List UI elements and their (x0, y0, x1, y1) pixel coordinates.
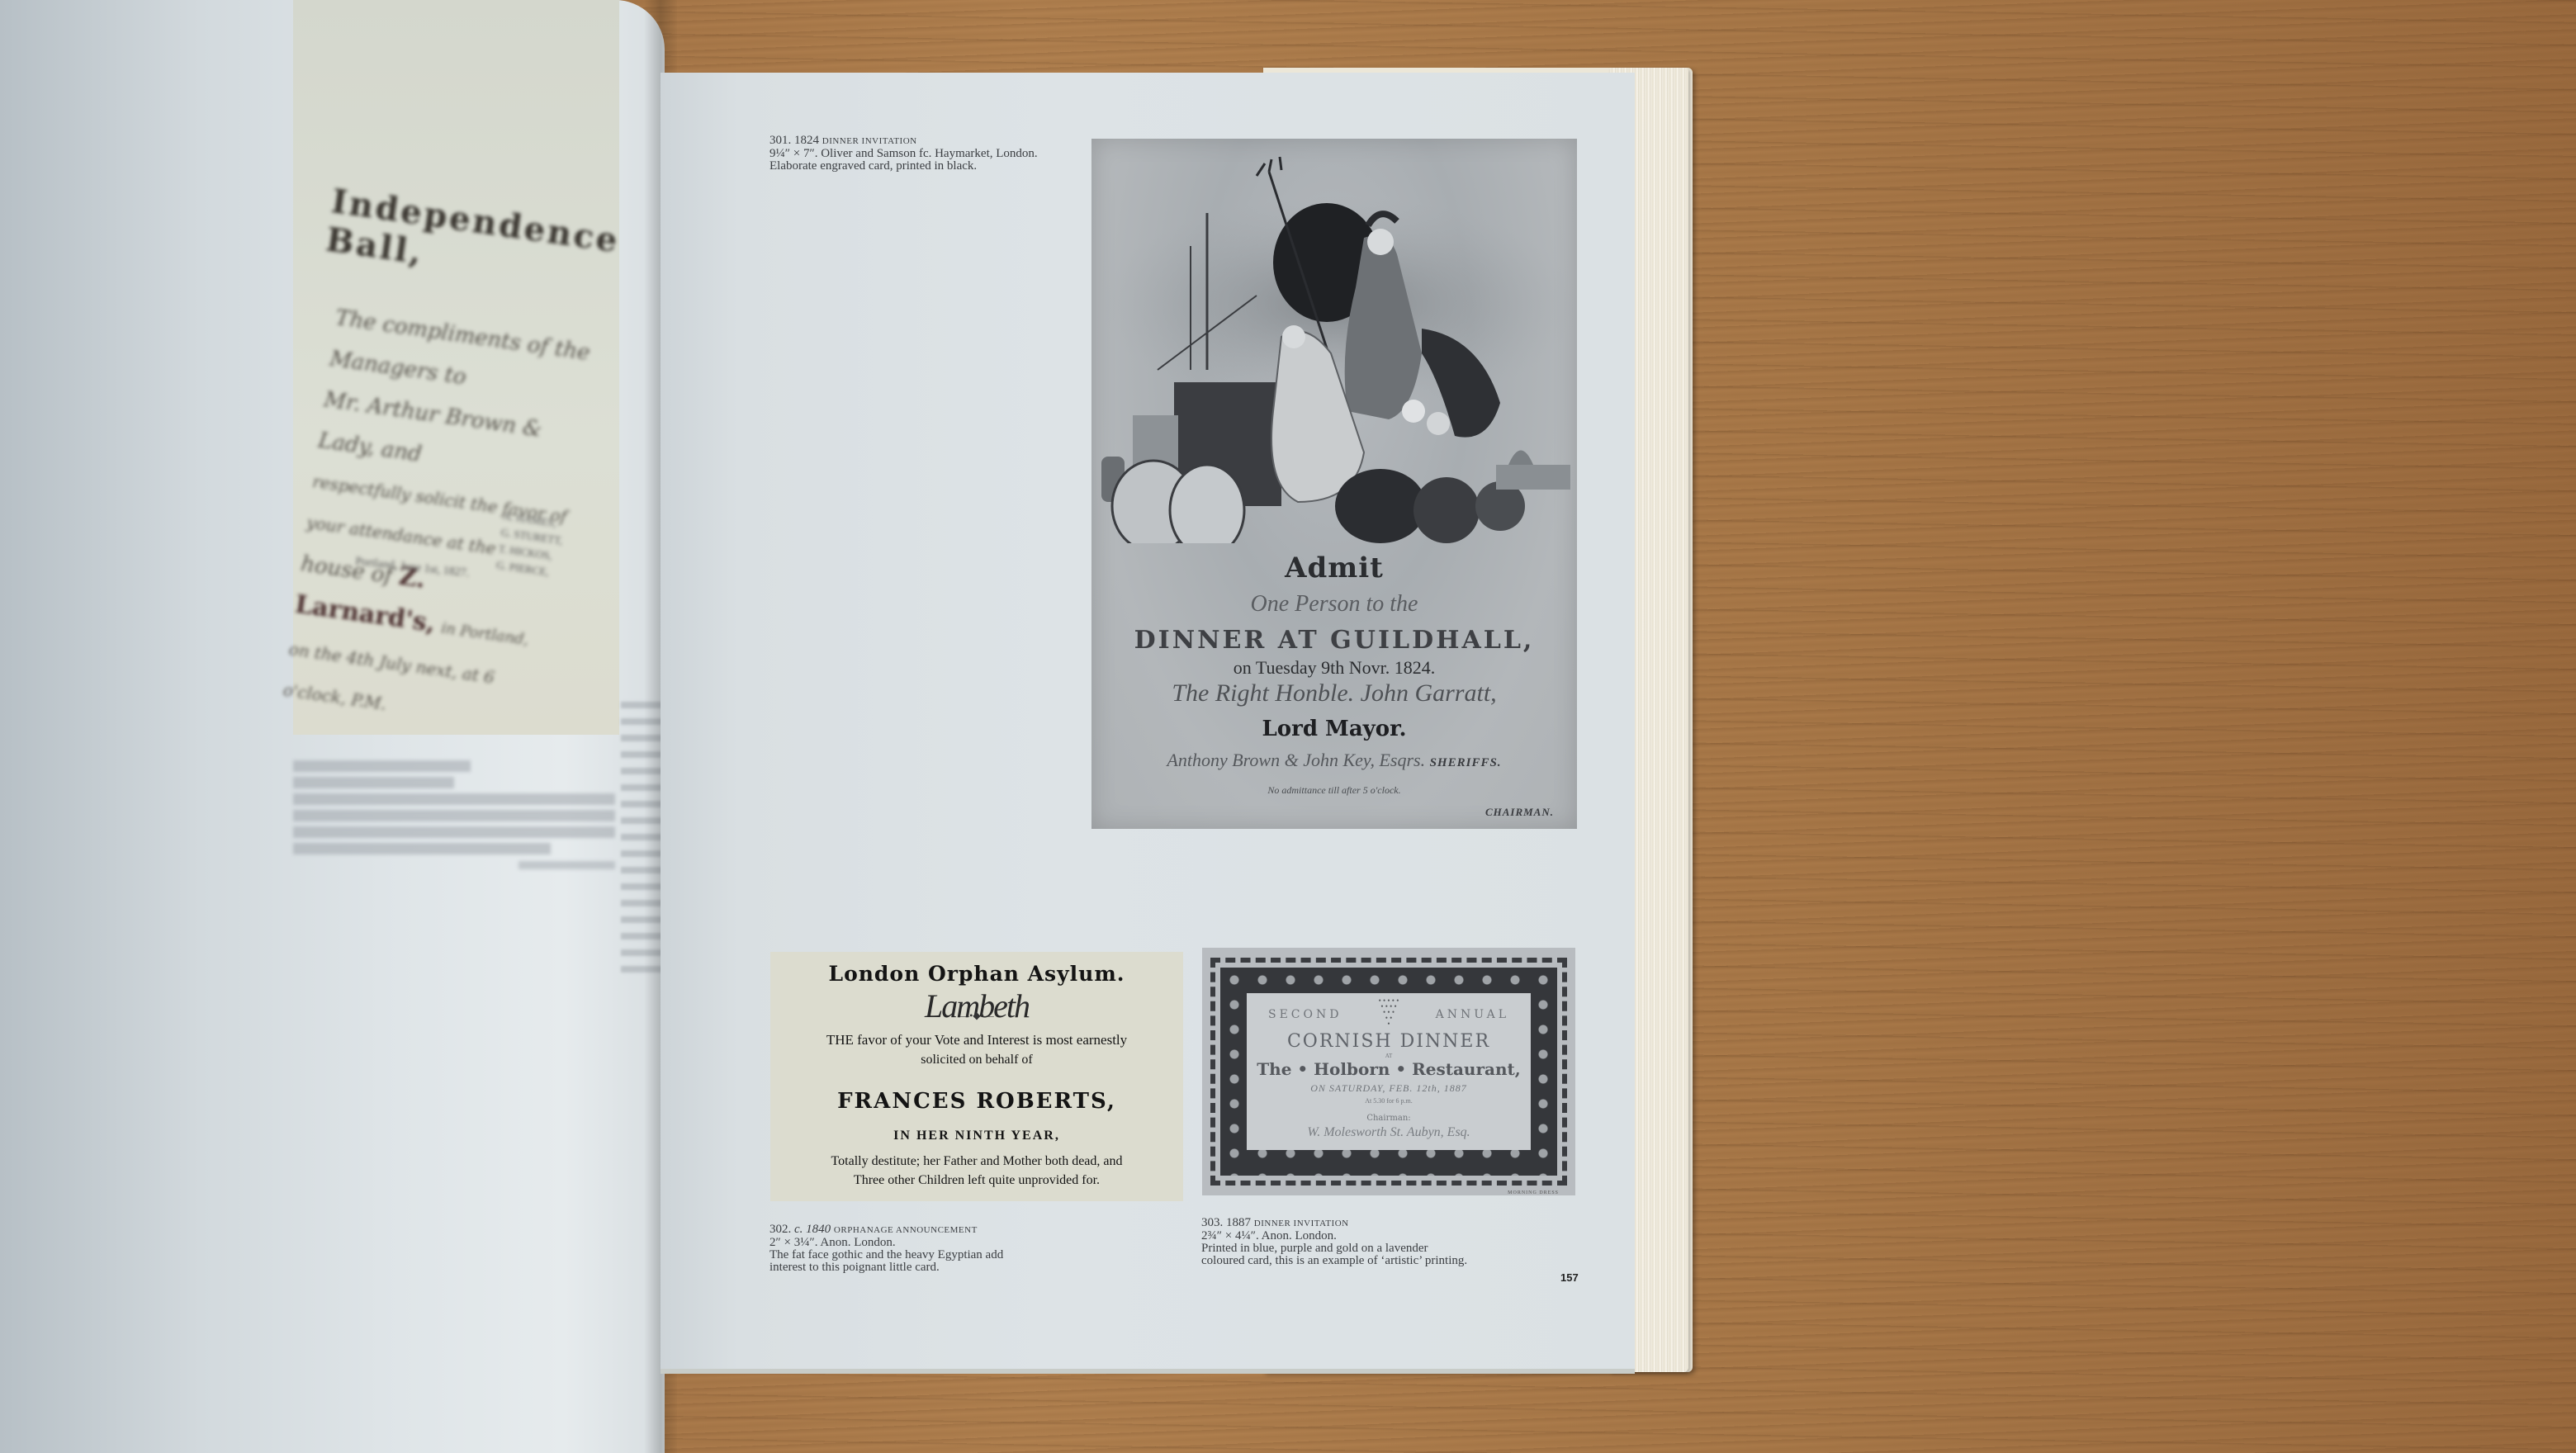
card-inner-panel: SECONDANNUAL • • • • •• • • •• • •• •• C… (1247, 993, 1531, 1150)
venue-line: The • Holborn • Restaurant, (1247, 1059, 1531, 1079)
caption-302: 302. c. 1840 ORPHANAGE ANNOUNCEMENT 2″ ×… (769, 1223, 1003, 1274)
caption-301: 301. 1824 DINNER INVITATION 9¼″ × 7″. Ol… (769, 135, 1038, 173)
date-line: on Tuesday 9th Novr. 1824. (1091, 657, 1577, 679)
date-line: ON SATURDAY, FEB. 12th, 1887 (1247, 1082, 1531, 1095)
admit-heading: Admit (1091, 551, 1577, 585)
page-number: 157 (1560, 1271, 1579, 1284)
orphan-asylum-card: London Orphan Asylum. Lambeth —•◆•— THE … (770, 952, 1183, 1201)
event-title: CORNISH DINNER (1247, 1031, 1531, 1052)
one-person-line: One Person to the (1091, 591, 1577, 618)
britannia-allegory-illustration (1091, 139, 1577, 543)
appeal-line-1: THE favor of your Vote and Interest is m… (770, 1032, 1183, 1048)
caption-303: 303. 1887 DINNER INVITATION 2¾″ × 4¼″. A… (1201, 1217, 1467, 1267)
candidate-name: FRANCES ROBERTS, (770, 1089, 1183, 1114)
grape-cluster-icon: • • • • •• • • •• • •• •• (1247, 998, 1531, 1027)
event-line: DINNER AT GUILDHALL, (1091, 626, 1577, 655)
chairman-label: Chairman: (1247, 1114, 1531, 1123)
at-label: AT (1247, 1053, 1531, 1059)
lord-mayor-line: Lord Mayor. (1091, 717, 1577, 741)
ornament-divider: —•◆•— (770, 1010, 1183, 1022)
plate-title: Independence Ball, (324, 182, 604, 296)
appeal-line-2: solicited on behalf of (770, 1053, 1183, 1067)
time-line: At 5.30 for 6 p.m. (1247, 1097, 1531, 1105)
cornish-dinner-card: SECONDANNUAL • • • • •• • • •• • •• •• C… (1202, 948, 1575, 1195)
managers-list: A. HAMES, G. STURETT, T. HICKOS, G. PIER… (495, 508, 566, 582)
chairman-label: CHAIRMAN. (1485, 806, 1554, 819)
dress-note: MORNING DRESS (1508, 1190, 1559, 1195)
candidate-age: IN HER NINTH YEAR, (770, 1129, 1183, 1143)
circumstance-line-2: Three other Children left quite unprovid… (770, 1173, 1183, 1188)
left-caption-blurred (293, 755, 615, 869)
circumstance-line-1: Totally destitute; her Father and Mother… (770, 1154, 1183, 1169)
guildhall-dinner-engraving: Admit One Person to the DINNER AT GUILDH… (1091, 139, 1577, 829)
host-line: The Right Honble. John Garratt, (1091, 679, 1577, 708)
independence-ball-plate: Independence Ball, The compliments of th… (293, 0, 619, 735)
chairman-name: W. Molesworth St. Aubyn, Esq. (1247, 1125, 1531, 1140)
card-title: London Orphan Asylum. (770, 962, 1183, 986)
admittance-note: No admittance till after 5 o'clock. (1091, 784, 1577, 797)
sheriffs-line: Anthony Brown & John Key, Esqrs. SHERIFF… (1091, 750, 1577, 771)
